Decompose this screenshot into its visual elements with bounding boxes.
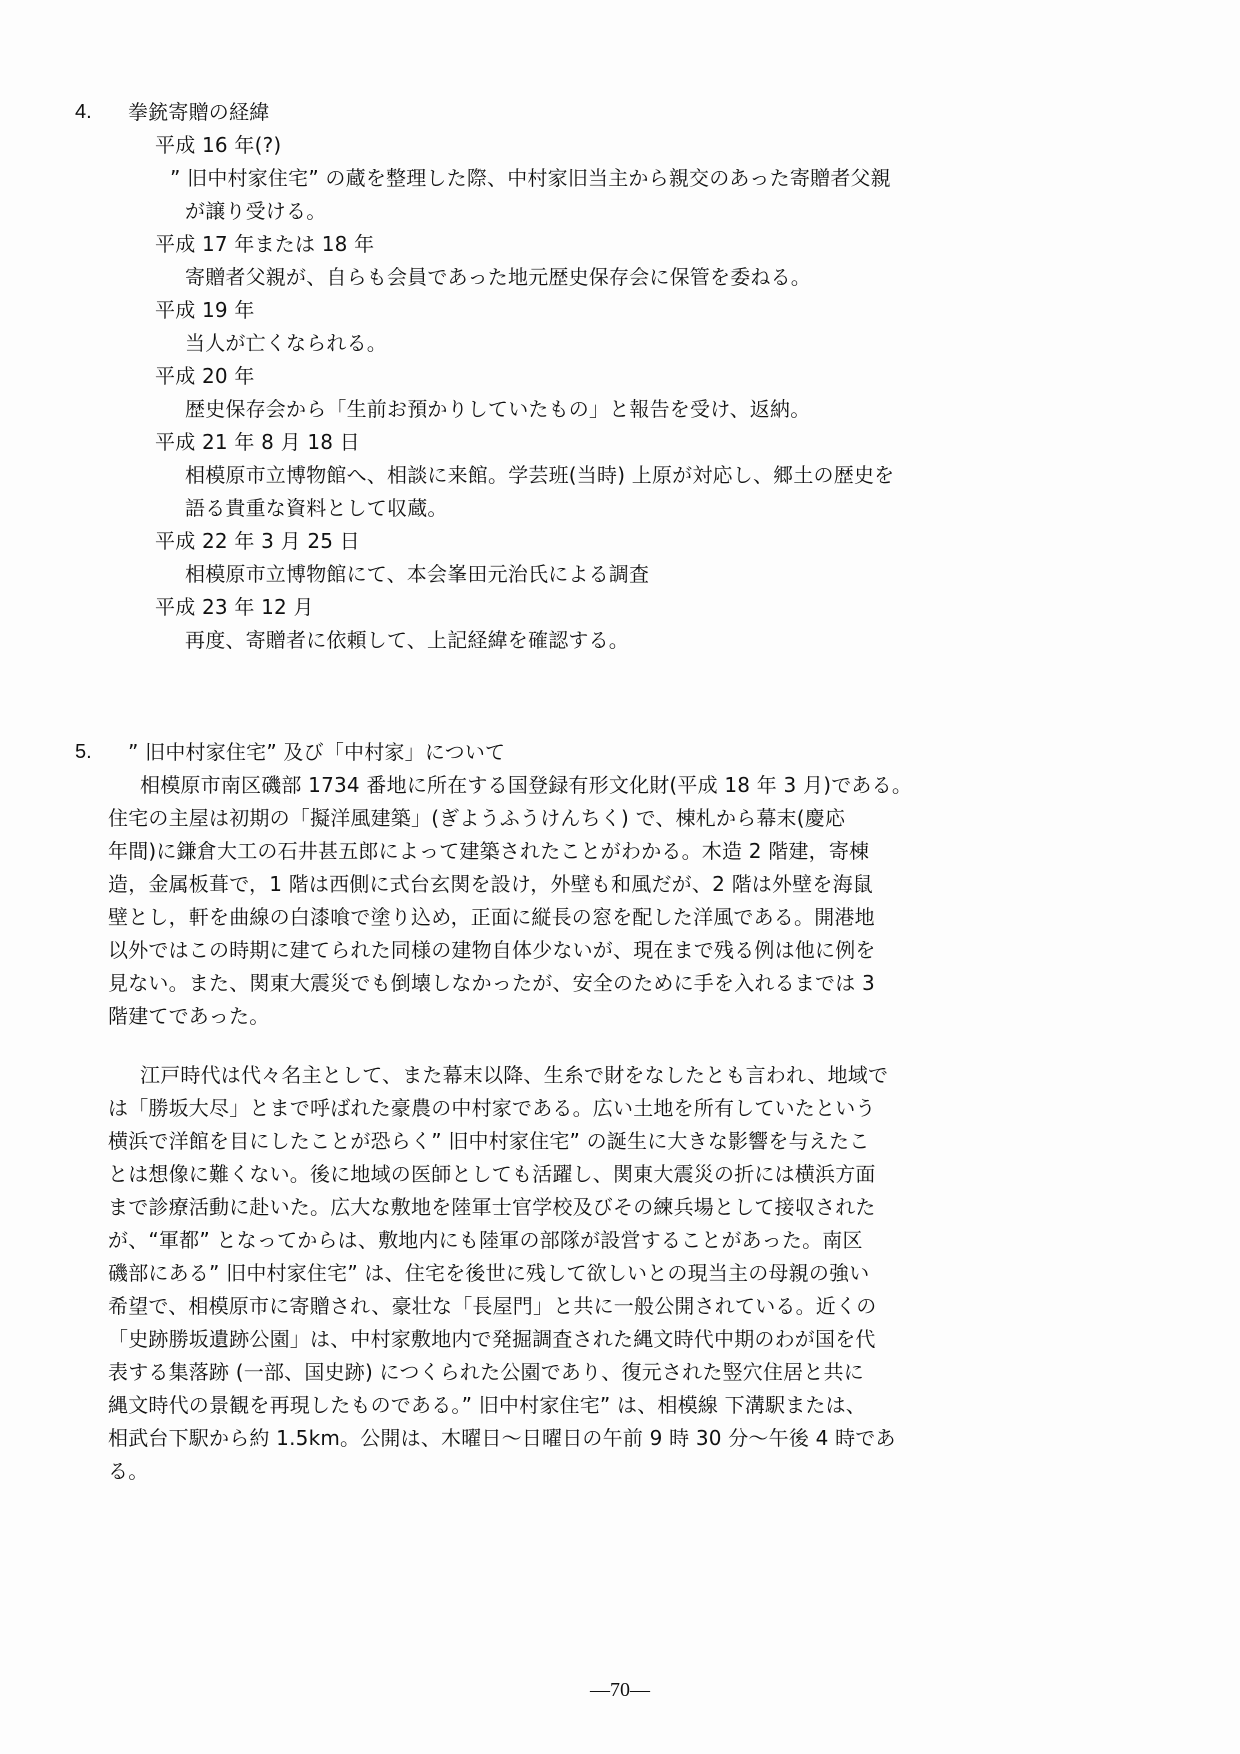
- entry-text: 再度、寄贈者に依頼して、上記経緯を確認する。: [185, 628, 629, 652]
- section-5-number: 5.: [75, 740, 92, 764]
- entry-text: が譲り受ける。: [185, 199, 326, 223]
- paragraph-line: は「勝坂大尽」とまで呼ばれた豪農の中村家である。広い土地を所有していたという: [108, 1096, 876, 1120]
- document-page: 4. 拳銃寄贈の経緯 平成 16 年(?) ” 旧中村家住宅” の蔵を整理した際…: [0, 0, 1240, 1754]
- paragraph-line: る。: [108, 1459, 148, 1483]
- entry-text: 語る貴重な資料として収蔵。: [185, 496, 448, 520]
- paragraph-line: が、“軍都” となってからは、敷地内にも陸軍の部隊が設営することがあった。南区: [108, 1228, 863, 1252]
- section-5-heading: ” 旧中村家住宅” 及び「中村家」について: [128, 740, 505, 764]
- entry-text: 相模原市立博物館にて、本会峯田元治氏による調査: [185, 562, 649, 586]
- paragraph-line: 縄文時代の景観を再現したものである。” 旧中村家住宅” は、相模線 下溝駅または…: [108, 1393, 866, 1417]
- paragraph-line: 磯部にある” 旧中村家住宅” は、住宅を後世に残して欲しいとの現当主の母親の強い: [108, 1261, 869, 1285]
- paragraph-line: まで診療活動に赴いた。広大な敷地を陸軍士官学校及びその練兵場として接収された: [108, 1195, 876, 1219]
- paragraph-line: 「史跡勝坂遺跡公園」は、中村家敷地内で発掘調査された縄文時代中期のわが国を代: [108, 1327, 876, 1351]
- section-4-number: 4.: [75, 100, 92, 124]
- entry-date: 平成 21 年 8 月 18 日: [155, 430, 360, 454]
- paragraph-line: 壁とし，軒を曲線の白漆喰で塗り込め，正面に縦長の窓を配した洋風である。開港地: [108, 905, 875, 929]
- paragraph-line: 見ない。また、関東大震災でも倒壊しなかったが、安全のために手を入れるまでは 3: [108, 971, 875, 995]
- paragraph-line: 江戸時代は代々名主として、また幕末以降、生糸で財をなしたとも言われ、地域で: [140, 1063, 888, 1087]
- entry-date: 平成 23 年 12 月: [155, 595, 314, 619]
- paragraph-line: 表する集落跡 (一部、国史跡) につくられた公園であり、復元された竪穴住居と共に: [108, 1360, 864, 1384]
- entry-date: 平成 19 年: [155, 298, 255, 322]
- paragraph-line: 階建てであった。: [108, 1004, 269, 1028]
- page-number: —70—: [0, 1678, 1240, 1702]
- paragraph-line: 造，金属板葺で，1 階は西側に式台玄関を設け，外壁も和風だが、2 階は外壁を海鼠: [108, 872, 873, 896]
- paragraph-line: 以外ではこの時期に建てられた同様の建物自体少ないが、現在まで残る例は他に例を: [108, 938, 876, 962]
- paragraph-line: 年間)に鎌倉大工の石井甚五郎によって建築されたことがわかる。木造 2 階建，寄棟: [108, 839, 869, 863]
- entry-date: 平成 17 年または 18 年: [155, 232, 374, 256]
- entry-date: 平成 22 年 3 月 25 日: [155, 529, 360, 553]
- paragraph-line: とは想像に難くない。後に地域の医師としても活躍し、関東大震災の折には横浜方面: [108, 1162, 876, 1186]
- paragraph-line: 相武台下駅から約 1.5km。公開は、木曜日～日曜日の午前 9 時 30 分～午…: [108, 1426, 896, 1450]
- entry-text: 歴史保存会から「生前お預かりしていたもの」と報告を受け、返納。: [185, 397, 810, 421]
- entry-text: 当人が亡くなられる。: [185, 331, 387, 355]
- entry-text: 寄贈者父親が、自らも会員であった地元歴史保存会に保管を委ねる。: [185, 265, 811, 289]
- paragraph-line: 希望で、相模原市に寄贈され、豪壮な「長屋門」と共に一般公開されている。近くの: [108, 1294, 876, 1318]
- entry-date: 平成 20 年: [155, 364, 255, 388]
- paragraph-line: 横浜で洋館を目にしたことが恐らく” 旧中村家住宅” の誕生に大きな影響を与えたこ: [108, 1129, 869, 1153]
- section-4-heading: 拳銃寄贈の経緯: [128, 100, 269, 124]
- entry-text: ” 旧中村家住宅” の蔵を整理した際、中村家旧当主から親交のあった寄贈者父親: [170, 166, 891, 190]
- paragraph-line: 住宅の主屋は初期の「擬洋風建築」(ぎようふうけんちく) で、棟札から幕末(慶応: [108, 806, 845, 830]
- entry-text: 相模原市立博物館へ、相談に来館。学芸班(当時) 上原が対応し、郷土の歴史を: [185, 463, 894, 487]
- entry-date: 平成 16 年(?): [155, 133, 281, 157]
- paragraph-line: 相模原市南区磯部 1734 番地に所在する国登録有形文化財(平成 18 年 3 …: [140, 773, 912, 797]
